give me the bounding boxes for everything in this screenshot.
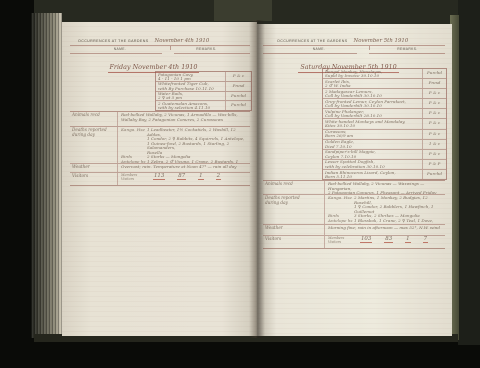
entry-acquisition-value: Purchd (423, 69, 446, 78)
book-page-edges (31, 13, 62, 338)
ledger-entry: Curassow,Born 26/9 amP & c (323, 129, 446, 139)
row-label: Animals recd (263, 181, 325, 194)
house-subrow: Antelope hs1 Zebra, 2 ♂ Vicuna, 1 Crane,… (121, 160, 250, 164)
ledger-entry: Lesser Spotted Dogfish,with by celebrati… (323, 159, 446, 169)
daily-record-rows: Animals recdRed-bellied Wallaby, 2 Vicun… (263, 180, 445, 249)
printed-header-label: Occurrences at the Gardens (78, 39, 149, 43)
entry-acquisition-value: Presd (226, 82, 251, 91)
column-header-name: Name. (299, 47, 339, 51)
row-content: Red-bellied Wallaby, 2 Vicunas, 1 Armadi… (118, 112, 250, 126)
house-label: Antelope hs (121, 160, 147, 164)
row-label: Deaths reportedduring day (263, 195, 325, 224)
column-divider-tick (369, 46, 370, 50)
entry-text: Golden Eagle,Died 7.10.10 (323, 140, 423, 149)
entry-acquisition-value: P & c (423, 130, 446, 139)
house-subrow: Kanga. Hse1 Leadbeater, 1½ Cockatiels, 2… (121, 128, 250, 155)
ledger-entry: Bengal Monkey, Himalayas,Supld by Invoic… (323, 69, 446, 78)
page-header: Occurrences at the Gardens November 4th … (78, 38, 209, 44)
entry-acquisition-value: P & c (423, 109, 446, 118)
subheader-rule (369, 53, 445, 54)
row-label: Visitors (263, 236, 325, 248)
acquisitions-box: Bengal Monkey, Himalayas,Supld by Invoic… (322, 68, 447, 180)
visitor-count: 1 (198, 174, 203, 180)
visitor-counts: 1038317 (360, 237, 428, 243)
entry-text: 2 Guatemalan Amazons,with by selection 4… (156, 101, 226, 110)
row-content: Kanga. Hse1 Leadbeater, 1½ Cockatiels, 2… (118, 127, 250, 163)
entry-text: Indian Rhinoceros Lizard, Ceylon,Born 5.… (323, 170, 423, 179)
entry-line: Coll by Vanderbilt 28.10.10 (325, 114, 421, 118)
entry-line: 2 ♂ W. India (325, 84, 421, 88)
header-date: November 5th 1910 (354, 38, 409, 44)
row-content-line: Morning fine; rain in afternoon — max 52… (328, 226, 445, 231)
backdrop-right (458, 0, 480, 345)
column-header-remarks: Remarks. (184, 47, 229, 51)
entry-text: Bengal Monkey, Himalayas,Supld by Invoic… (323, 69, 423, 78)
row-label: Weather (70, 164, 118, 172)
ledger-entry: Whitefronted Tiger Cub,with By Purchase … (156, 81, 251, 91)
ledger-entry: 2 Madagascar Lemurs,Coll by Vanderbilt 3… (323, 88, 446, 98)
record-row: VisitorsMembersVisitors1138712 (70, 172, 250, 185)
entry-acquisition-value: P & c (226, 72, 251, 81)
row-label: Deaths reportedduring day (70, 127, 118, 163)
entry-acquisition-value: Purchd (226, 92, 251, 101)
row-content: MembersVisitors1038317 (325, 236, 445, 248)
record-row: WeatherOvercast; rain. Temperature at No… (70, 163, 250, 172)
ledger-entry: Grey-fronted Lemur, Ceylon Parrakeet,Col… (323, 98, 446, 108)
house-line: 1 Zebra, 2 ♂ Vicuna, 1 Crane, 2 Bustards… (147, 160, 250, 164)
right-page: Occurrences at the Gardens November 5th … (257, 24, 452, 336)
entry-line: 4 - 11 - 10 1 pm (158, 77, 224, 81)
row-label: Animals recd (70, 112, 118, 126)
column-header-name: Name. (100, 47, 140, 51)
entry-line: Born 5.11.10 (325, 175, 421, 179)
entry-text: Grey-fronted Lemur, Ceylon Parrakeet,Col… (323, 99, 423, 108)
visitor-count: 113 (153, 174, 165, 180)
daily-record-rows: Animals recdRed-bellied Wallaby, 2 Vicun… (70, 111, 250, 186)
entry-text: Water Rails,2 ♀ at 5 pm (156, 92, 226, 101)
row-content: Morning fine; rain in afternoon — max 52… (325, 225, 445, 235)
house-subrow: Kanga. Hse2 Martins, 1 Monkey, 2 Budgies… (328, 196, 445, 214)
entry-text: Lesser Spotted Dogfish,with by celebrati… (323, 160, 423, 169)
record-row: Deaths reportedduring dayKanga. Hse2 Mar… (263, 194, 445, 224)
printed-header-label: Occurrences at the Gardens (277, 39, 348, 43)
ledger-entry: White-handed Monkeys and Mandalay,Kites … (323, 118, 446, 128)
house-subrow: Antelope hs1 Blessbok, 1 Crane, 2 ♀ Teal… (328, 219, 445, 225)
visitors-line: MembersVisitors1138712 (121, 174, 250, 182)
entry-text: Whitefronted Tiger Cub,with By Purchase … (156, 82, 226, 91)
entry-line: Ceylon 7.10.10 (325, 155, 421, 159)
subheader-rule (263, 53, 357, 54)
row-label-line: Weather (265, 226, 324, 231)
row-label-line: Visitors (72, 174, 117, 179)
entry-line: with By Purchase 10.11.10 (158, 87, 224, 91)
header-rule (70, 45, 250, 46)
house-label: Kanga. Hse (121, 128, 147, 155)
entry-line: Kites 30.10.10 (325, 124, 421, 128)
ledger-entry: Scarlet Ibis,2 ♂ W. IndiaPresd (323, 78, 446, 88)
visitor-count: 103 (360, 237, 372, 243)
visitor-count: 87 (177, 174, 186, 180)
visitors-sublabel: Visitors (328, 241, 352, 245)
house-label: Kanga. Hse (328, 196, 354, 214)
entry-text: 2 Madagascar Lemurs,Coll by Vanderbilt 3… (323, 89, 423, 98)
page-header: Occurrences at the Gardens November 5th … (277, 38, 408, 44)
row-label-line: Weather (72, 165, 117, 170)
house-entries: 1 Blessbok, 1 Crane, 2 ♀ Teal, 1 Dove,2 … (354, 219, 433, 225)
entry-line: with by celebration 30.10.10 (325, 165, 421, 169)
ledger-entry: Patagonian Cavy,4 - 11 - 10 1 pmP & c (156, 72, 251, 81)
visitors-sublabel: Visitors (121, 178, 145, 182)
entry-acquisition-value: P & P (423, 160, 446, 169)
visitor-count: 2 (216, 174, 221, 180)
entry-text: Scarlet Ibis,2 ♂ W. India (323, 79, 423, 88)
visitors-sublabels: MembersVisitors (121, 174, 145, 182)
row-content: Red-bellied Wallaby, 2 Vicunas — Waxwing… (325, 181, 445, 194)
header-rule (263, 45, 445, 46)
visitors-sublabels: MembersVisitors (328, 237, 352, 245)
entry-text: Sandpiper's-bill Magpie,Ceylon 7.10.10 (323, 150, 423, 159)
ledger-entry: Water Rails,2 ♀ at 5 pmPurchd (156, 91, 251, 101)
entry-acquisition-value: P & c (423, 99, 446, 108)
visitor-count: 1 (405, 237, 410, 243)
row-content-line: 2 Patagonian Conures, 1 Pheasant — Arriv… (328, 191, 445, 194)
house-entries: 2 Martins, 1 Monkey, 2 Budgies, 12 Roseh… (354, 196, 445, 214)
backdrop-light-patch (214, 0, 272, 21)
row-label-line: during day (265, 201, 324, 206)
house-line: 1 Guinea-fowl, 2 Bustards, 1 Starling, 2… (147, 142, 250, 151)
entry-text: Curassow,Born 26/9 am (323, 130, 423, 139)
entry-text: White-handed Monkeys and Mandalay,Kites … (323, 119, 423, 128)
row-content-line: Wallaby Bay, 2 Patagonian Conures, 2 Cur… (121, 118, 250, 123)
entry-text: Patagonian Cavy,4 - 11 - 10 1 pm (156, 72, 226, 81)
record-row: Deaths reportedduring dayKanga. Hse1 Lea… (70, 126, 250, 163)
record-row: Animals recdRed-bellied Wallaby, 2 Vicun… (70, 112, 250, 126)
house-line: 2 Cranes (354, 223, 433, 224)
record-row: VisitorsMembersVisitors1038317 (263, 235, 445, 248)
visitor-count: 83 (384, 237, 393, 243)
row-label: Visitors (70, 173, 118, 185)
ledger-entry: Sandpiper's-bill Magpie,Ceylon 7.10.10P … (323, 149, 446, 159)
record-row: WeatherMorning fine; rain in afternoon —… (263, 224, 445, 235)
visitor-count: 7 (423, 237, 428, 243)
header-date: November 4th 1910 (155, 38, 210, 44)
entry-text: Vulpine Phalanger,Coll by Vanderbilt 28.… (323, 109, 423, 118)
ledger-photograph: Occurrences at the Gardens November 4th … (0, 0, 480, 368)
ledger-entry: Golden Eagle,Died 7.10.101 & c (323, 139, 446, 149)
column-header-remarks: Remarks. (385, 47, 430, 51)
entry-line: 2 ♀ at 5 pm (158, 96, 224, 100)
entry-line: Supld by Invoice 30.10.10 (325, 74, 421, 78)
left-page: Occurrences at the Gardens November 4th … (62, 22, 257, 336)
entry-acquisition-value: Purchd (423, 170, 446, 179)
row-content: MembersVisitors1138712 (118, 173, 250, 185)
row-label-line: Animals recd (265, 182, 324, 187)
house-entries: 1 Leadbeater, 1½ Cockatiels, 2 Waxbill, … (147, 128, 250, 155)
row-content: Kanga. Hse2 Martins, 1 Monkey, 2 Budgies… (325, 195, 445, 224)
record-row: Animals recdRed-bellied Wallaby, 2 Vicun… (263, 181, 445, 194)
entry-line: Born 26/9 am (325, 134, 421, 138)
entry-line: Coll by Vanderbilt 30.10.10 (325, 94, 421, 98)
entry-acquisition-value: P & c (423, 89, 446, 98)
entry-acquisition-value: 1 & c (423, 140, 446, 149)
entry-acquisition-value: P & c (423, 150, 446, 159)
visitor-counts: 1138712 (153, 174, 221, 180)
ledger-entry: Vulpine Phalanger,Coll by Vanderbilt 28.… (323, 108, 446, 118)
subheader-rule (174, 53, 250, 54)
entry-acquisition-value: Presd (423, 79, 446, 88)
row-content: Overcast; rain. Temperature at Noon 47° … (118, 164, 250, 172)
row-label-line: during day (72, 133, 117, 138)
entry-acquisition-value: Purchd (226, 101, 251, 110)
row-label-line: Visitors (265, 237, 324, 242)
visitors-line: MembersVisitors1038317 (328, 237, 445, 245)
ledger-entry: Indian Rhinoceros Lizard, Ceylon,Born 5.… (323, 169, 446, 179)
row-label: Weather (263, 225, 325, 235)
entry-line: Coll by Vanderbilt 30.10.10 (325, 104, 421, 108)
ledger-entry: 2 Guatemalan Amazons,with by selection 4… (156, 100, 251, 110)
row-content-line: Overcast; rain. Temperature at Noon 47° … (121, 165, 250, 170)
house-label: Antelope hs (328, 219, 354, 225)
column-divider-tick (170, 46, 171, 50)
entry-line: with by selection 4.11.10 (158, 106, 224, 110)
entry-line: Died 7.10.10 (325, 145, 421, 149)
entry-acquisition-value: P & c (423, 119, 446, 128)
row-label-line: Animals recd (72, 113, 117, 118)
acquisitions-box: Patagonian Cavy,4 - 11 - 10 1 pmP & cWhi… (155, 71, 252, 111)
subheader-rule (70, 53, 162, 54)
house-entries: 1 Zebra, 2 ♂ Vicuna, 1 Crane, 2 Bustards… (147, 160, 250, 164)
